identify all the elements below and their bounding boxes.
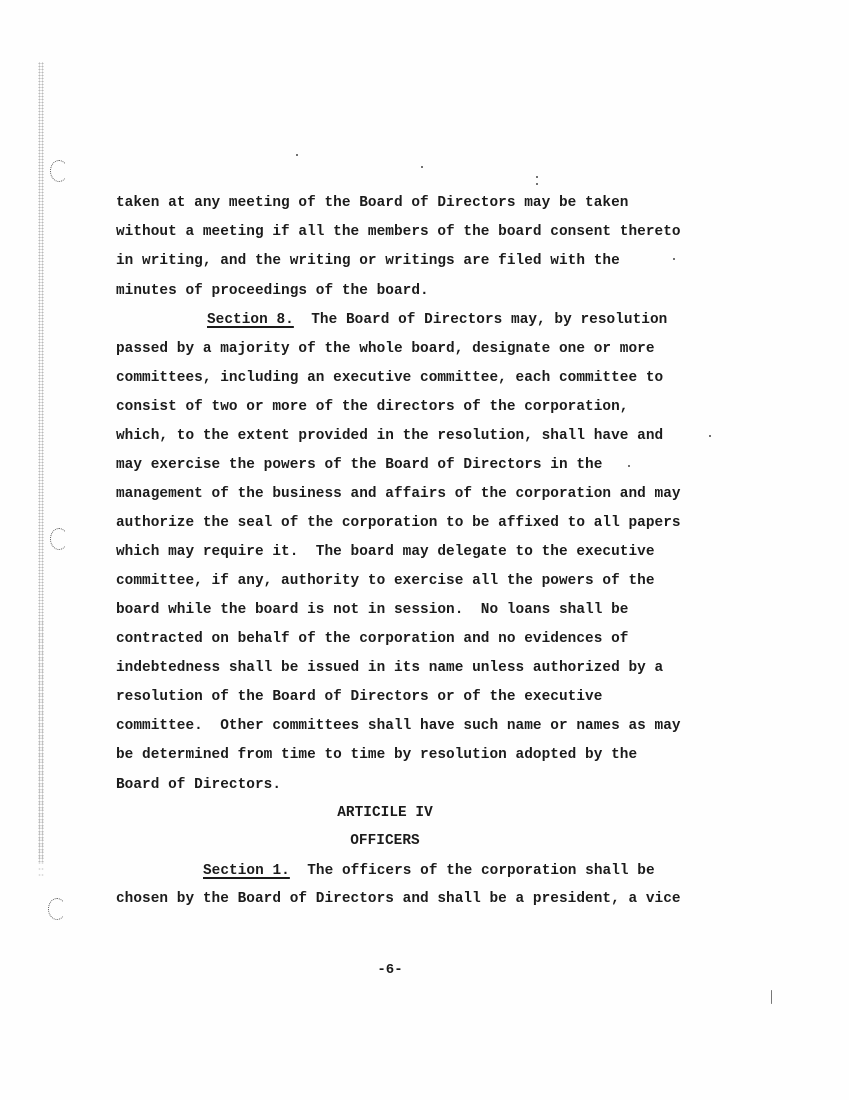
document-page: taken at any meeting of the Board of Dir…: [0, 0, 849, 1100]
body-line: Board of Directors.: [116, 776, 281, 794]
body-line: resolution of the Board of Directors or …: [116, 688, 602, 706]
body-line: committee, if any, authority to exercise…: [116, 572, 655, 590]
body-line: committees, including an executive commi…: [116, 369, 663, 387]
body-line: which, to the extent provided in the res…: [116, 427, 663, 445]
section-8-text: The Board of Directors may, by resolutio…: [294, 312, 668, 328]
body-line: authorize the seal of the corporation to…: [116, 514, 681, 532]
scan-speck: [536, 183, 538, 185]
body-line: be determined from time to time by resol…: [116, 746, 637, 764]
body-line: consist of two or more of the directors …: [116, 398, 628, 416]
body-line: taken at any meeting of the Board of Dir…: [116, 194, 628, 212]
body-line: committee. Other committees shall have s…: [116, 717, 681, 735]
scan-speck: [296, 154, 298, 156]
section-1-text: The officers of the corporation shall be: [290, 863, 655, 879]
body-line: contracted on behalf of the corporation …: [116, 630, 628, 648]
scan-speck: [709, 435, 711, 437]
section-1-heading: Section 1.: [203, 863, 290, 879]
scan-speck: [536, 176, 538, 178]
body-line: may exercise the powers of the Board of …: [116, 456, 602, 474]
body-line: board while the board is not in session.…: [116, 601, 628, 619]
body-line: chosen by the Board of Directors and sha…: [116, 890, 681, 908]
section-8-heading: Section 8.: [207, 312, 294, 328]
body-line: passed by a majority of the whole board,…: [116, 340, 655, 358]
scan-speck: [673, 258, 675, 260]
article-subheading: OFFICERS: [0, 832, 770, 850]
punch-hole-icon: [48, 898, 66, 920]
scan-speck: [421, 166, 423, 168]
body-line: without a meeting if all the members of …: [116, 223, 681, 241]
page-number: -6-: [0, 962, 780, 978]
punch-hole-icon: [50, 528, 68, 550]
punch-hole-icon: [50, 160, 68, 182]
body-line: indebtedness shall be issued in its name…: [116, 659, 663, 677]
article-heading: ARTICILE IV: [0, 804, 770, 822]
body-line: minutes of proceedings of the board.: [116, 282, 429, 300]
body-line: in writing, and the writing or writings …: [116, 252, 620, 270]
scan-speck: [628, 465, 630, 467]
section-1-line: Section 1. The officers of the corporati…: [203, 862, 655, 880]
body-line: which may require it. The board may dele…: [116, 543, 655, 561]
scan-speck: [771, 990, 772, 1004]
body-line: management of the business and affairs o…: [116, 485, 681, 503]
section-8-line: Section 8. The Board of Directors may, b…: [207, 311, 667, 329]
